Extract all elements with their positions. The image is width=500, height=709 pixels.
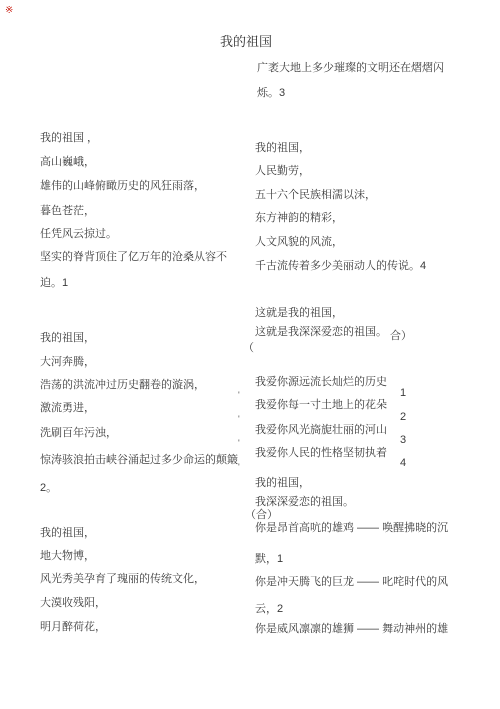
poem-line: 人文风貌的风流， xyxy=(255,235,343,249)
poem-line: 我的祖国， xyxy=(255,476,310,490)
poem-line: 云，2 xyxy=(255,602,283,616)
poem-line: 大河奔腾， xyxy=(40,355,95,369)
poem-line: 默，1 xyxy=(255,552,283,566)
poem-line: 我的祖国， xyxy=(255,141,310,155)
poem-line: 我深深爱恋的祖国。 xyxy=(255,495,354,509)
poem-line: 洗刷百年污浊， xyxy=(40,426,117,440)
poem-line: 你是威风凛凛的雄狮 —— 舞动神州的雄 xyxy=(255,622,448,636)
poem-line: 我爱你源远流长灿烂的历史 xyxy=(255,375,387,389)
poem-line: 高山巍峨， xyxy=(40,155,95,169)
poem-line: 你是冲天腾飞的巨龙 —— 叱咤时代的风 xyxy=(255,575,448,589)
stray-mark: ' xyxy=(238,414,240,424)
poem-line: 这就是我深深爱恋的祖国。 xyxy=(255,325,387,339)
poem-line: 人民勤劳， xyxy=(255,164,310,178)
verse-number: 1 xyxy=(400,386,406,400)
poem-line: 惊涛骇浪拍击峡谷涌起过多少命运的颠簸 xyxy=(40,453,238,467)
poem-line: 迫。1 xyxy=(40,276,68,290)
verse-number: 3 xyxy=(400,433,406,447)
poem-line: 千古流传着多少美丽动人的传说。 xyxy=(255,259,420,273)
poem-line: 地大物博， xyxy=(40,549,95,563)
stray-mark: ' xyxy=(238,438,240,448)
poem-line: 暮色苍茫， xyxy=(40,204,95,218)
poem-line: 广袤大地上多少璀璨的文明还在熠熠闪 xyxy=(257,61,444,75)
stray-mark: ' xyxy=(238,390,240,400)
verse-number: 2 xyxy=(400,410,406,424)
poem-line: 明月醉荷花， xyxy=(40,620,106,634)
poem-line: 我爱你每一寸土地上的花朵 xyxy=(255,398,387,412)
chorus-marker: 合） xyxy=(390,329,412,343)
verse-number: 4 xyxy=(420,259,426,273)
poem-line: 我的祖国， xyxy=(40,331,95,345)
poem-line: 我爱你人民的性格坚韧执着 xyxy=(255,446,387,460)
verse-number: 4 xyxy=(400,456,406,470)
stray-mark: ' xyxy=(238,462,240,472)
poem-line: 东方神韵的精彩， xyxy=(255,211,343,225)
poem-line: 任凭风云掠过。 xyxy=(40,227,117,241)
poem-line: 2。 xyxy=(40,481,57,495)
open-paren-mark: （ xyxy=(243,341,254,355)
page-title: 我的祖国 xyxy=(0,31,492,50)
red-annotation-icon: ※ xyxy=(5,5,13,16)
poem-line: 浩荡的洪流冲过历史翻卷的漩涡， xyxy=(40,378,205,392)
poem-line: 激流勇进， xyxy=(40,401,95,415)
document-page: ※ 我的祖国 广袤大地上多少璀璨的文明还在熠熠闪 烁。3 我的祖国 ， 高山巍峨… xyxy=(0,0,500,709)
poem-line: 大漠收残阳， xyxy=(40,596,106,610)
poem-line: 烁。3 xyxy=(257,86,285,100)
poem-line: 五十六个民族相濡以沫， xyxy=(255,188,376,202)
poem-line: 我爱你风光旖旎壮丽的河山 xyxy=(255,423,387,437)
poem-line: 我的祖国 ， xyxy=(40,131,98,145)
poem-line: 我的祖国， xyxy=(40,526,95,540)
poem-line: 你是昂首高吭的雄鸡 —— 唤醒拂晓的沉 xyxy=(255,521,448,535)
poem-line: 坚实的脊背顶住了亿万年的沧桑从容不 xyxy=(40,250,227,264)
chorus-marker: （合） xyxy=(245,508,278,522)
poem-line: 风光秀美孕育了瑰丽的传统文化， xyxy=(40,572,205,586)
poem-line: 雄伟的山峰俯瞰历史的风狂雨落， xyxy=(40,179,205,193)
poem-line: 这就是我的祖国， xyxy=(255,306,343,320)
